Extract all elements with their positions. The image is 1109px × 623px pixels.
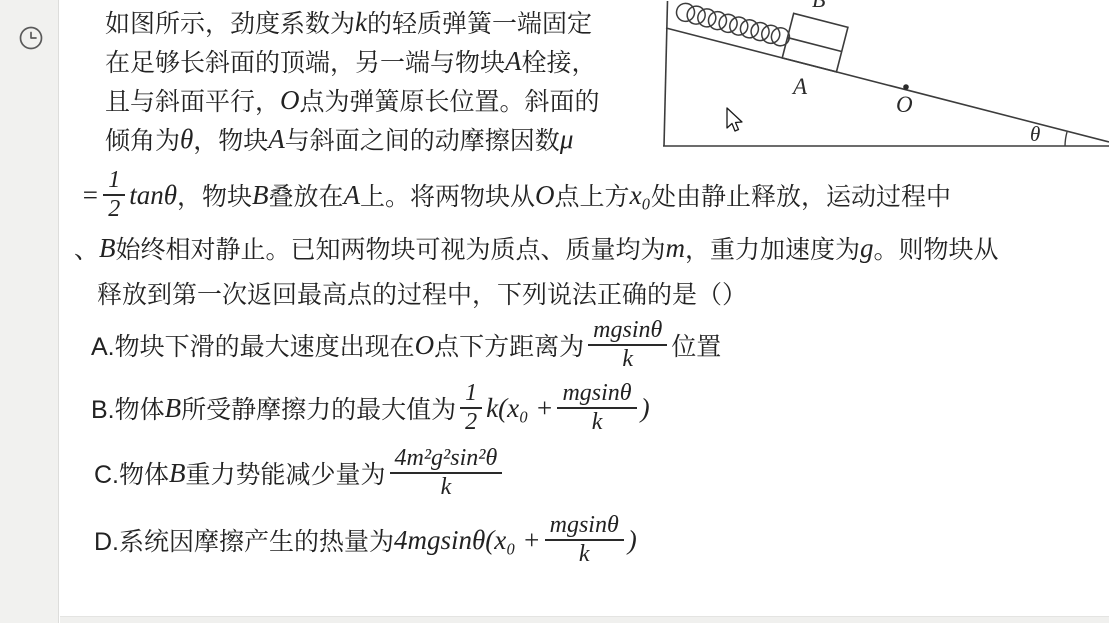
mouse-cursor: [723, 106, 745, 136]
text-run: 点上方: [555, 177, 630, 213]
math-text: ): [641, 393, 650, 424]
text-run: 在足够长斜面的顶端，另一端与物块: [105, 43, 505, 79]
math-text: g: [860, 233, 874, 264]
theta-label: θ: [1030, 122, 1040, 146]
fraction: 12: [103, 167, 125, 223]
paragraph-line-2: 在足够长斜面的顶端，另一端与物块A栓接，: [105, 41, 597, 81]
math-text: B: [99, 233, 116, 264]
math-text: θ: [180, 124, 193, 155]
math-text: tanθ: [129, 180, 177, 211]
math-text: k: [355, 7, 367, 38]
text-run: 点为弹簧原长位置。斜面的: [300, 82, 600, 118]
option-a: A.物块下滑的最大速度出现在O点下方距离为mgsinθk位置: [91, 314, 721, 376]
spring-coil: [675, 1, 792, 47]
text-run: ，物块: [193, 121, 268, 157]
text-run: 叠放在: [269, 177, 344, 213]
text-run: 。则物块从: [874, 230, 999, 266]
math-text: O: [415, 330, 435, 361]
math-text: k(x₀ +: [486, 393, 553, 424]
text-run: 所受静摩擦力的最大值为: [181, 390, 456, 426]
paragraph-line-1: 如图所示，劲度系数为k的轻质弹簧一端固定: [105, 2, 592, 42]
bottom-edge-strip: [60, 616, 1109, 623]
text-run: 如图所示，劲度系数为: [105, 4, 355, 40]
block-a-label: A: [791, 74, 808, 99]
math-text: 4mgsinθ(x₀ +: [394, 525, 541, 556]
math-text: B: [252, 180, 269, 211]
point-o-label: O: [896, 92, 913, 117]
paragraph-line-7: 释放到第一次返回最高点的过程中，下列说法正确的是（）: [97, 275, 747, 311]
math-text: m: [666, 233, 686, 264]
fraction: 4m²g²sin²θk: [390, 445, 503, 501]
text-run: 位置: [671, 327, 721, 363]
text-run: A.物块下滑的最大速度出现在: [91, 327, 415, 363]
text-run: 栓接，: [522, 43, 597, 79]
text-run: 倾角为: [105, 121, 180, 157]
text-run: C.物体: [94, 455, 169, 491]
problem-page: 如图所示，劲度系数为k的轻质弹簧一端固定 在足够长斜面的顶端，另一端与物块A栓接…: [0, 0, 1109, 623]
math-text: μ: [560, 124, 574, 155]
paragraph-line-4: 倾角为θ，物块A与斜面之间的动摩擦因数μ: [105, 119, 573, 159]
math-text: O: [535, 180, 555, 211]
text-run: 重力势能减少量为: [186, 455, 386, 491]
math-text: ): [628, 525, 637, 556]
paragraph-line-5: = 12tanθ，物块B叠放在A上。将两物块从O点上方x₀处由静止释放，运动过程…: [81, 163, 951, 227]
paragraph-line-6: 、B始终相对静止。已知两物块可视为质点、质量均为m，重力加速度为g。则物块从: [74, 230, 999, 266]
math-text: =: [81, 180, 99, 211]
block-divider-line: [787, 38, 841, 52]
text-run: 且与斜面平行，: [105, 82, 280, 118]
fraction: mgsinθk: [557, 380, 636, 436]
text-run: 与斜面之间的动摩擦因数: [285, 121, 560, 157]
text-run: ，物块: [177, 177, 252, 213]
math-text: B: [165, 393, 182, 424]
math-text: O: [280, 85, 300, 116]
fraction: mgsinθk: [588, 317, 667, 373]
text-run: 、: [74, 230, 99, 266]
block-b-label: B: [812, 0, 825, 12]
text-run: 始终相对静止。已知两物块可视为质点、质量均为: [116, 230, 666, 266]
math-text: x₀: [630, 180, 651, 211]
text-run: ，重力加速度为: [685, 230, 860, 266]
math-text: A: [505, 46, 522, 77]
paragraph-line-3: 且与斜面平行，O点为弹簧原长位置。斜面的: [105, 80, 600, 120]
point-o-dot: [903, 84, 909, 90]
stacked-blocks-outline: [782, 13, 848, 72]
text-run: 释放到第一次返回最高点的过程中，下列说法正确的是（）: [97, 275, 747, 311]
math-text: A: [344, 180, 361, 211]
text-run: 点下方距离为: [434, 327, 584, 363]
angle-arc: [1065, 132, 1067, 146]
text-run: 处由静止释放，运动过程中: [651, 177, 951, 213]
incline-figure: B A O θ: [650, 0, 1109, 156]
math-text: A: [268, 124, 285, 155]
text-run: D.系统因摩擦产生的热量为: [94, 522, 394, 558]
incline-left-wall: [664, 1, 668, 146]
text-run: B.物体: [91, 390, 165, 426]
fraction: mgsinθk: [545, 512, 624, 568]
option-d: D.系统因摩擦产生的热量为4mgsinθ(x₀ + mgsinθk): [94, 507, 637, 573]
text-run: 上。将两物块从: [360, 177, 535, 213]
math-text: B: [169, 458, 186, 489]
option-c: C.物体B重力势能减少量为4m²g²sin²θk: [94, 442, 506, 504]
text-run: 的轻质弹簧一端固定: [367, 4, 592, 40]
option-b: B.物体B所受静摩擦力的最大值为12k(x₀ + mgsinθk): [91, 377, 650, 439]
fraction: 12: [460, 380, 482, 436]
